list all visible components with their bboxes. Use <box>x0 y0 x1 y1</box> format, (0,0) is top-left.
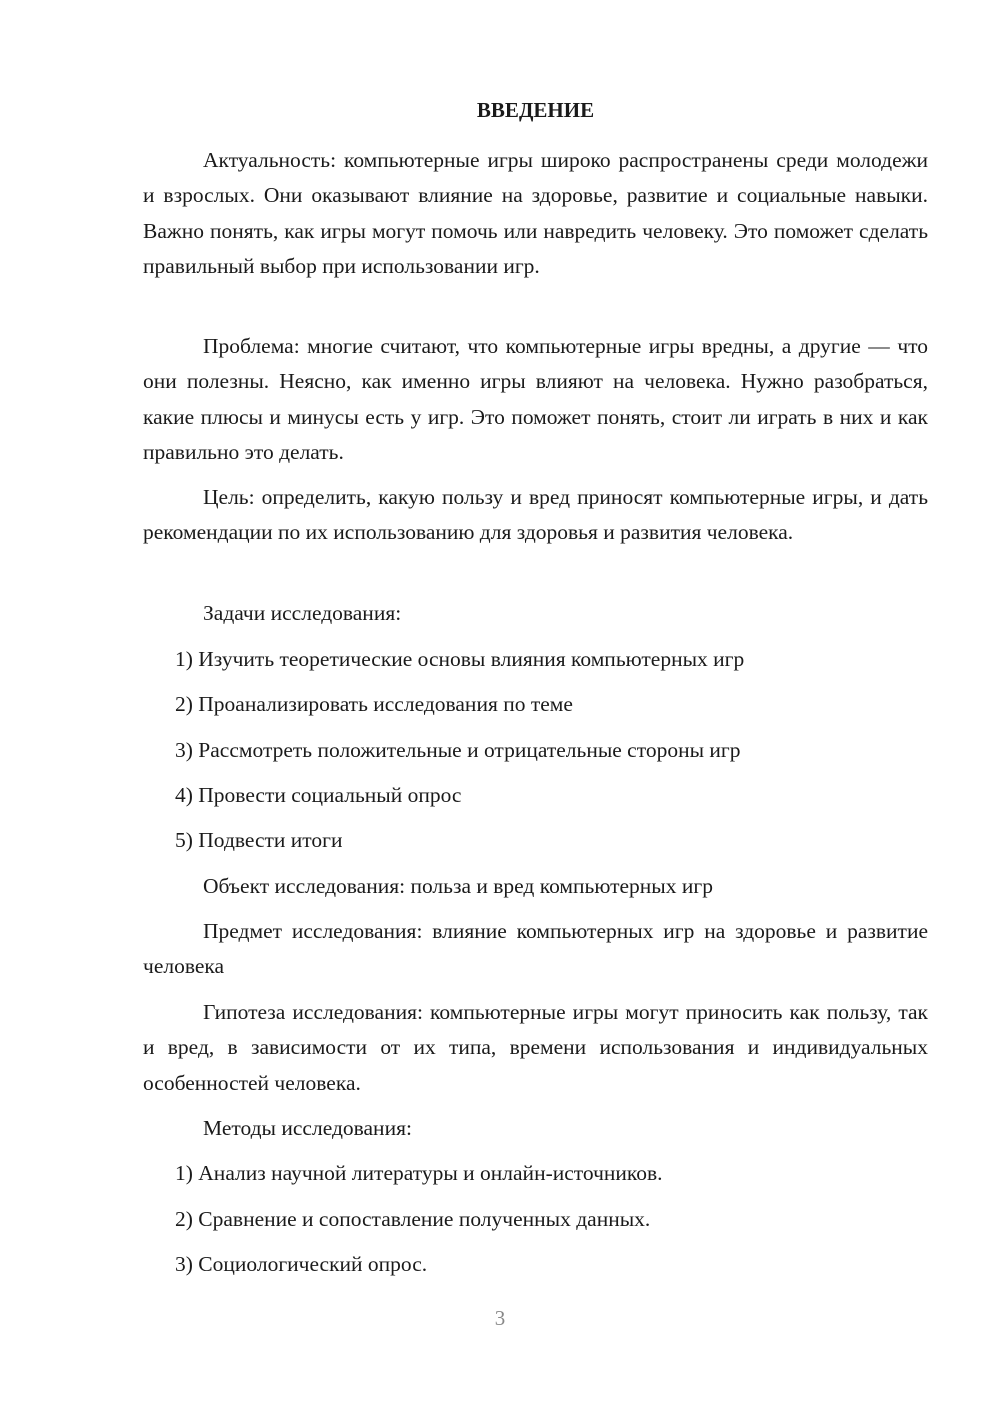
methods-heading: Методы исследования: <box>203 1115 928 1141</box>
method-item: 3) Социологический опрос. <box>175 1251 925 1277</box>
research-subject: Предмет исследования: влияние компьютерн… <box>143 914 928 985</box>
research-object: Объект исследования: польза и вред компь… <box>203 873 928 899</box>
task-item: 4) Провести социальный опрос <box>175 782 925 808</box>
task-item: 3) Рассмотреть положительные и отрицател… <box>175 737 925 763</box>
page-number: 3 <box>0 1306 1000 1331</box>
task-item: 5) Подвести итоги <box>175 827 925 853</box>
research-hypothesis: Гипотеза исследования: компьютерные игры… <box>143 995 928 1101</box>
task-item: 1) Изучить теоретические основы влияния … <box>175 646 925 672</box>
method-item: 2) Сравнение и сопоставление полученных … <box>175 1206 925 1232</box>
paragraph-problem: Проблема: многие считают, что компьютерн… <box>143 329 928 470</box>
task-item: 2) Проанализировать исследования по теме <box>175 691 925 717</box>
tasks-heading: Задачи исследования: <box>203 600 928 626</box>
paragraph-goal: Цель: определить, какую пользу и вред пр… <box>143 480 928 551</box>
page-title: ВВЕДЕНИЕ <box>143 97 928 123</box>
paragraph-relevance: Актуальность: компьютерные игры широко р… <box>143 143 928 284</box>
method-item: 1) Анализ научной литературы и онлайн-ис… <box>175 1160 925 1186</box>
